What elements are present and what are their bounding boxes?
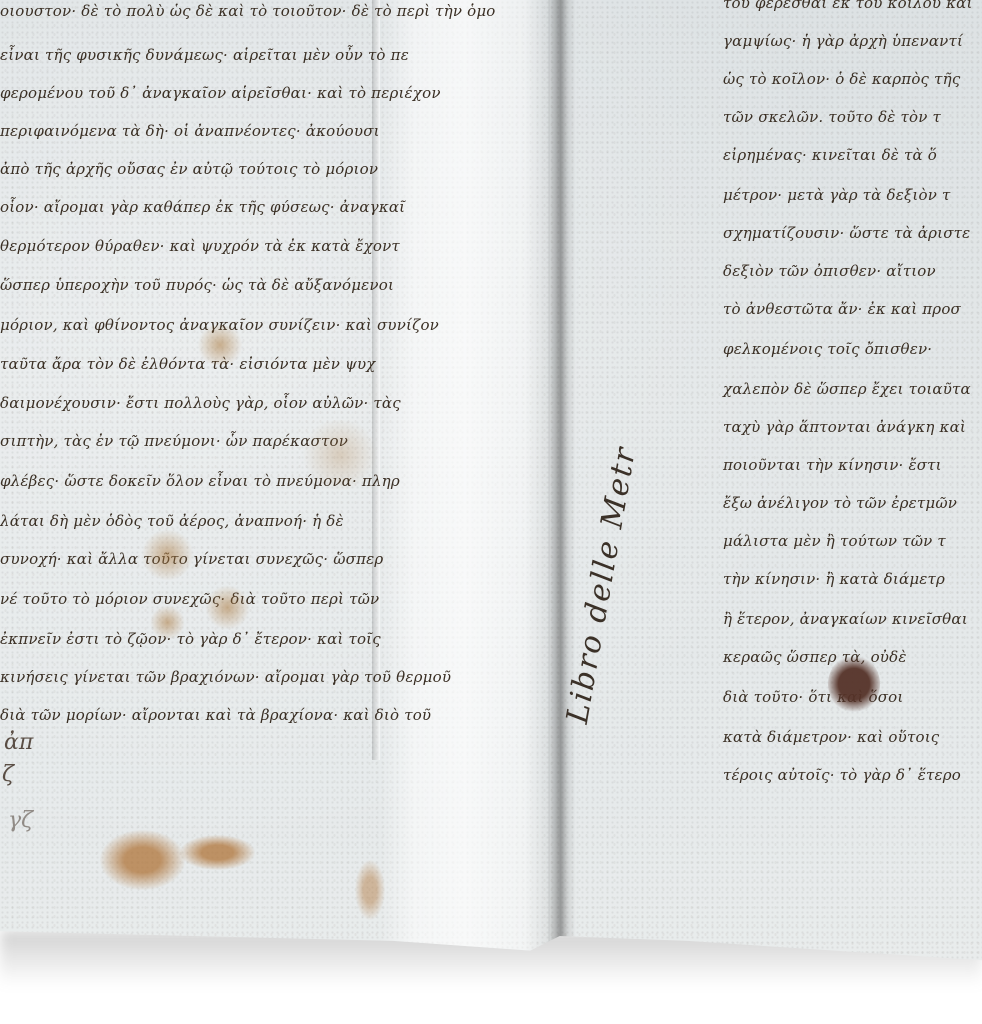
text-line: εἶναι τῆς φυσικῆς δυνάμεως· αἱρεῖται μὲν… xyxy=(0,46,409,64)
margin-scribble: γζ xyxy=(8,808,33,833)
text-line: κινήσεις γίνεται τῶν βραχιόνων· αἴρομαι … xyxy=(0,668,451,686)
text-line: τὸ ἀνθεστῶτα ἄν· ἐκ καὶ προσ xyxy=(723,300,961,318)
stain xyxy=(140,530,195,580)
stain xyxy=(180,835,255,870)
text-line: ταχὺ γὰρ ἅπτονται ἀνάγκη καὶ xyxy=(723,418,966,436)
text-line: κεραῶς ὥσπερ τὰ, οὐδὲ xyxy=(723,648,907,666)
text-line: φερομένου τοῦ δ᾽ ἀναγκαῖον αἱρεῖσθαι· κα… xyxy=(0,84,441,102)
stain xyxy=(300,420,380,490)
text-line: δαιμονέχουσιν· ἔστι πολλοὺς γὰρ, οἷον αὐ… xyxy=(0,394,401,412)
text-line: διὰ τῶν μορίων· αἴρονται καὶ τὰ βραχίονα… xyxy=(0,706,431,724)
text-line: ὥσπερ ὑπεροχὴν τοῦ πυρός· ὡς τὰ δὲ αὔξαν… xyxy=(0,276,394,294)
stain xyxy=(355,860,385,920)
text-line: σιπτὴν, τὰς ἐν τῷ πνεύμονι· ὧν παρέκαστο… xyxy=(0,432,348,450)
text-line: ἔξω ἀνέλιγον τὸ τῶν ἐρετμῶν xyxy=(723,494,957,512)
text-line: τῶν σκελῶν. τοῦτο δὲ τὸν τ xyxy=(723,108,941,126)
text-line: γαμψίως· ἡ γὰρ ἀρχὴ ὑπεναντί xyxy=(723,32,963,50)
manuscript-sheet: οιουστον· δὲ τὸ πολὺ ὡς δὲ καὶ τὸ τοιοῦτ… xyxy=(0,0,982,970)
text-line: κατὰ διάμετρον· καὶ οὕτοις xyxy=(723,728,939,746)
text-line: περιφαινόμενα τὰ δὴ· οἱ ἀναπνέοντες· ἀκο… xyxy=(0,122,380,140)
left-page: οιουστον· δὲ τὸ πολὺ ὡς δὲ καὶ τὸ τοιοῦτ… xyxy=(0,0,455,960)
text-line: χαλεπὸν δὲ ὥσπερ ἔχει τοιαῦτα xyxy=(723,380,971,398)
text-line: λάται δὴ μὲν ὁδὸς τοῦ ἀέρος, ἀναπνοή· ἡ … xyxy=(0,512,344,530)
stain xyxy=(205,585,250,630)
stain xyxy=(100,830,185,890)
right-page: τοῦ φέρεσθαι ἐκ τοῦ κοίλου καὶ γαμψίως· … xyxy=(705,0,982,960)
text-line: θερμότερον θύραθεν· καὶ ψυχρόν τὰ ἐκ κατ… xyxy=(0,237,400,255)
text-line: ταῦτα ἄρα τὸν δὲ ἐλθόντα τὰ· εἰσιόντα μὲ… xyxy=(0,355,376,373)
text-line: τοῦ φέρεσθαι ἐκ τοῦ κοίλου καὶ xyxy=(723,0,973,12)
stain xyxy=(195,325,245,365)
text-line: δεξιὸν τῶν ὀπισθεν· αἴτιον xyxy=(723,262,936,280)
text-line: εἰρημένας· κινεῖται δὲ τὰ ὅ xyxy=(723,146,937,164)
text-line: ἐκπνεῖν ἐστι τὸ ζῷον· τὸ γὰρ δ᾽ ἔτερον· … xyxy=(0,630,381,648)
text-line: οἷον· αἴρομαι γὰρ καθάπερ ἐκ τῆς φύσεως·… xyxy=(0,198,405,216)
text-line: οιουστον· δὲ τὸ πολὺ ὡς δὲ καὶ τὸ τοιοῦτ… xyxy=(0,2,496,20)
text-line: ποιοῦνται τὴν κίνησιν· ἔστι xyxy=(723,456,942,474)
text-line: ὡς τὸ κοῖλον· ὁ δὲ καρπὸς τῆς xyxy=(723,70,960,88)
text-line: ἀπὸ τῆς ἀρχῆς οὔσας ἐν αὐτῷ τούτοις τὸ μ… xyxy=(0,160,378,178)
text-line: φελκομένοις τοῖς ὄπισθεν· xyxy=(723,340,932,358)
text-line: τέροις αὐτοῖς· τὸ γὰρ δ᾽ ἕτερο xyxy=(723,766,961,784)
text-line: νέ τοῦτο τὸ μόριον συνεχῶς· διὰ τοῦτο πε… xyxy=(0,590,379,608)
text-line: μάλιστα μὲν ἢ τούτων τῶν τ xyxy=(723,532,946,550)
text-line: σχηματίζουσιν· ὥστε τὰ ἀριστε xyxy=(723,224,970,242)
margin-scribble: ζ xyxy=(2,762,14,787)
text-line: μέτρον· μετὰ γὰρ τὰ δεξιὸν τ xyxy=(723,186,951,204)
stain xyxy=(150,605,185,640)
text-line: τὴν κίνησιν· ἢ κατὰ διάμετρ xyxy=(723,570,945,588)
margin-scribble: ἀπ xyxy=(4,730,33,755)
ink-blot xyxy=(828,655,880,713)
binding-gutter xyxy=(548,0,576,960)
text-line: ἢ ἕτερον, ἀναγκαίων κινεῖσθαι xyxy=(723,610,968,628)
